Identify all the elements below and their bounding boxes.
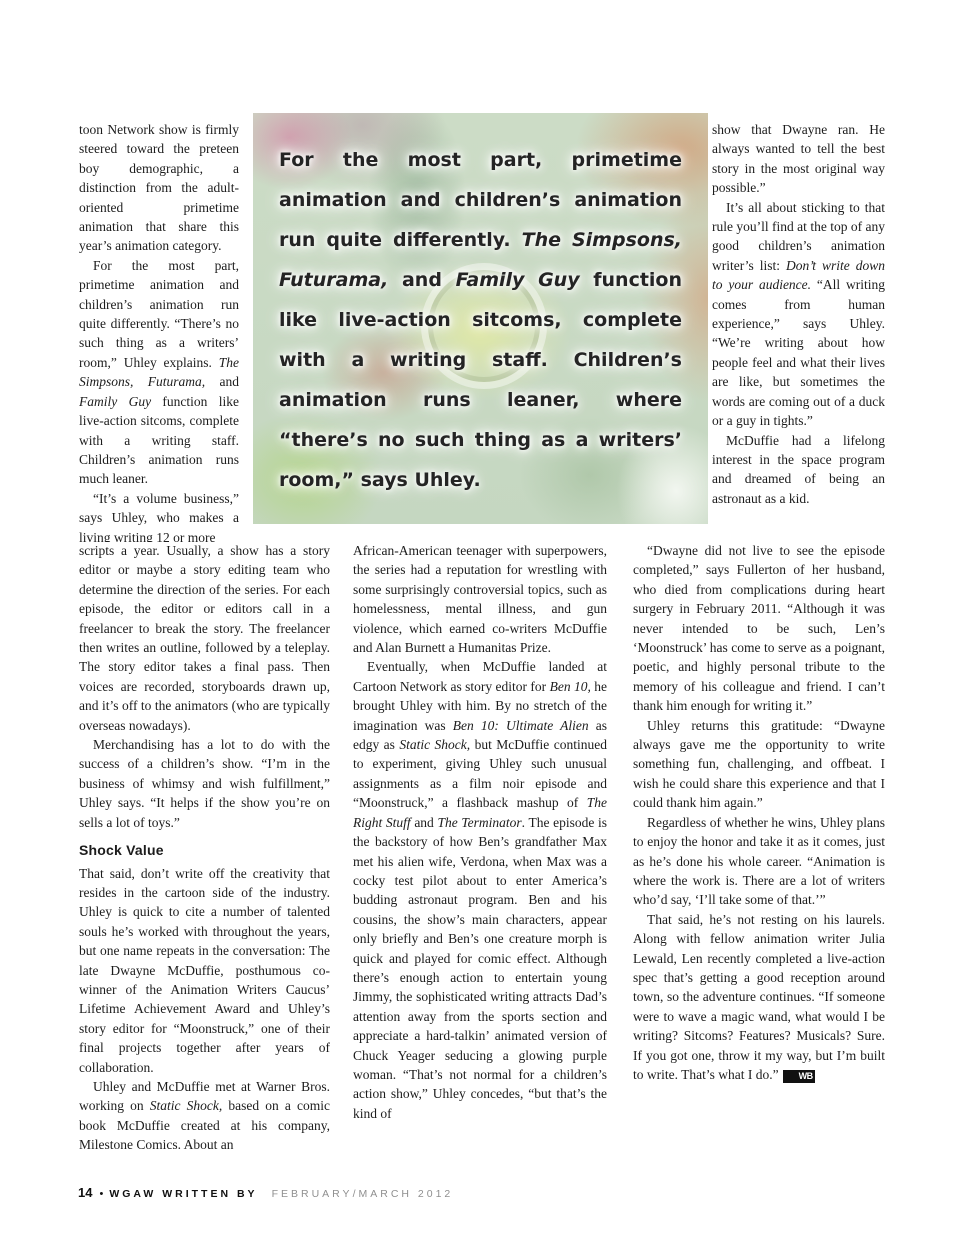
page-number: 14	[78, 1185, 92, 1200]
text-run: That said, he’s not resting on his laure…	[633, 912, 885, 1082]
column-left-top: toon Network show is firmly steered towa…	[79, 120, 239, 542]
text-run: and	[388, 269, 455, 291]
magazine-title: WGAW WRITTEN BY	[109, 1188, 257, 1200]
paragraph: That said, he’s not resting on his laure…	[633, 910, 885, 1085]
text-run: “It’s a volume business,” says Uhley, wh…	[79, 491, 239, 542]
italic-text-run: Ben 10: Ultimate Alien	[453, 718, 589, 733]
issue-date: FEBRUARY/MARCH 2012	[272, 1188, 454, 1200]
text-run: African-American teenager with superpowe…	[353, 543, 607, 655]
paragraph: “It’s a volume business,” says Uhley, wh…	[79, 489, 239, 542]
paragraph: Regardless of whether he wins, Uhley pla…	[633, 813, 885, 910]
italic-text-run: Family Guy	[456, 269, 580, 291]
text-run: Regardless of whether he wins, Uhley pla…	[633, 815, 885, 908]
text-run: Uhley returns this gratitude: “Dwayne al…	[633, 718, 885, 811]
paragraph: toon Network show is firmly steered towa…	[79, 120, 239, 256]
column-right-bottom: “Dwayne did not live to see the episode …	[633, 541, 885, 1158]
magazine-page: toon Network show is firmly steered towa…	[0, 0, 960, 1247]
text-run: For the most part, primetime animation a…	[79, 258, 239, 370]
text-run: Merchandising has a lot to do with the s…	[79, 737, 330, 830]
text-run: That said, don’t write off the creativit…	[79, 866, 330, 1075]
text-run: scripts a year. Usually, a show has a st…	[79, 543, 330, 733]
paragraph: McDuffie had a lifelong interest in the …	[712, 431, 885, 509]
footer-bullet: •	[99, 1188, 103, 1200]
paragraph: For the most part, primetime animation a…	[79, 256, 239, 489]
paragraph: Uhley returns this gratitude: “Dwayne al…	[633, 716, 885, 813]
paragraph: It’s all about sticking to that rule you…	[712, 198, 885, 431]
paragraph: Merchandising has a lot to do with the s…	[79, 735, 330, 832]
column-left-bottom: scripts a year. Usually, a show has a st…	[79, 541, 330, 1158]
text-run: and	[411, 815, 438, 830]
italic-text-run: Static Shock,	[150, 1098, 223, 1113]
italic-text-run: Static Shock,	[399, 737, 470, 752]
text-run: McDuffie had a lifelong interest in the …	[712, 433, 885, 506]
text-run: . The episode is the backstory of how Be…	[353, 815, 607, 1121]
paragraph: “Dwayne did not live to see the episode …	[633, 541, 885, 716]
paragraph: show that Dwayne ran. He always wanted t…	[712, 120, 885, 198]
section-heading: Shock Value	[79, 841, 330, 860]
column-right-top: show that Dwayne ran. He always wanted t…	[712, 120, 885, 542]
italic-text-run: The Terminator	[437, 815, 521, 830]
text-run: function like live-action sitcoms, compl…	[279, 269, 682, 491]
italic-text-run: Family Guy	[79, 394, 151, 409]
paragraph: African-American teenager with superpowe…	[353, 541, 607, 657]
paragraph: Uhley and McDuffie met at Warner Bros. w…	[79, 1077, 330, 1155]
paragraph: scripts a year. Usually, a show has a st…	[79, 541, 330, 735]
text-run: “Dwayne did not live to see the episode …	[633, 543, 885, 713]
page-footer: 14•WGAW WRITTEN BYFEBRUARY/MARCH 2012	[78, 1184, 453, 1202]
pull-quote-text: For the most part, primetime animation a…	[253, 113, 708, 520]
paragraph: That said, don’t write off the creativit…	[79, 864, 330, 1077]
text-run: “All writing comes from human experience…	[712, 277, 885, 428]
italic-text-run: Ben 10,	[550, 679, 591, 694]
text-run: and	[205, 374, 239, 389]
pull-quote-box: For the most part, primetime animation a…	[253, 113, 708, 524]
text-run: toon Network show is firmly steered towa…	[79, 122, 239, 253]
column-middle-bottom: African-American teenager with superpowe…	[353, 541, 607, 1158]
text-run: show that Dwayne ran. He always wanted t…	[712, 122, 885, 195]
paragraph: Eventually, when McDuffie landed at Cart…	[353, 657, 607, 1123]
wb-endmark-logo: WB	[783, 1070, 815, 1083]
